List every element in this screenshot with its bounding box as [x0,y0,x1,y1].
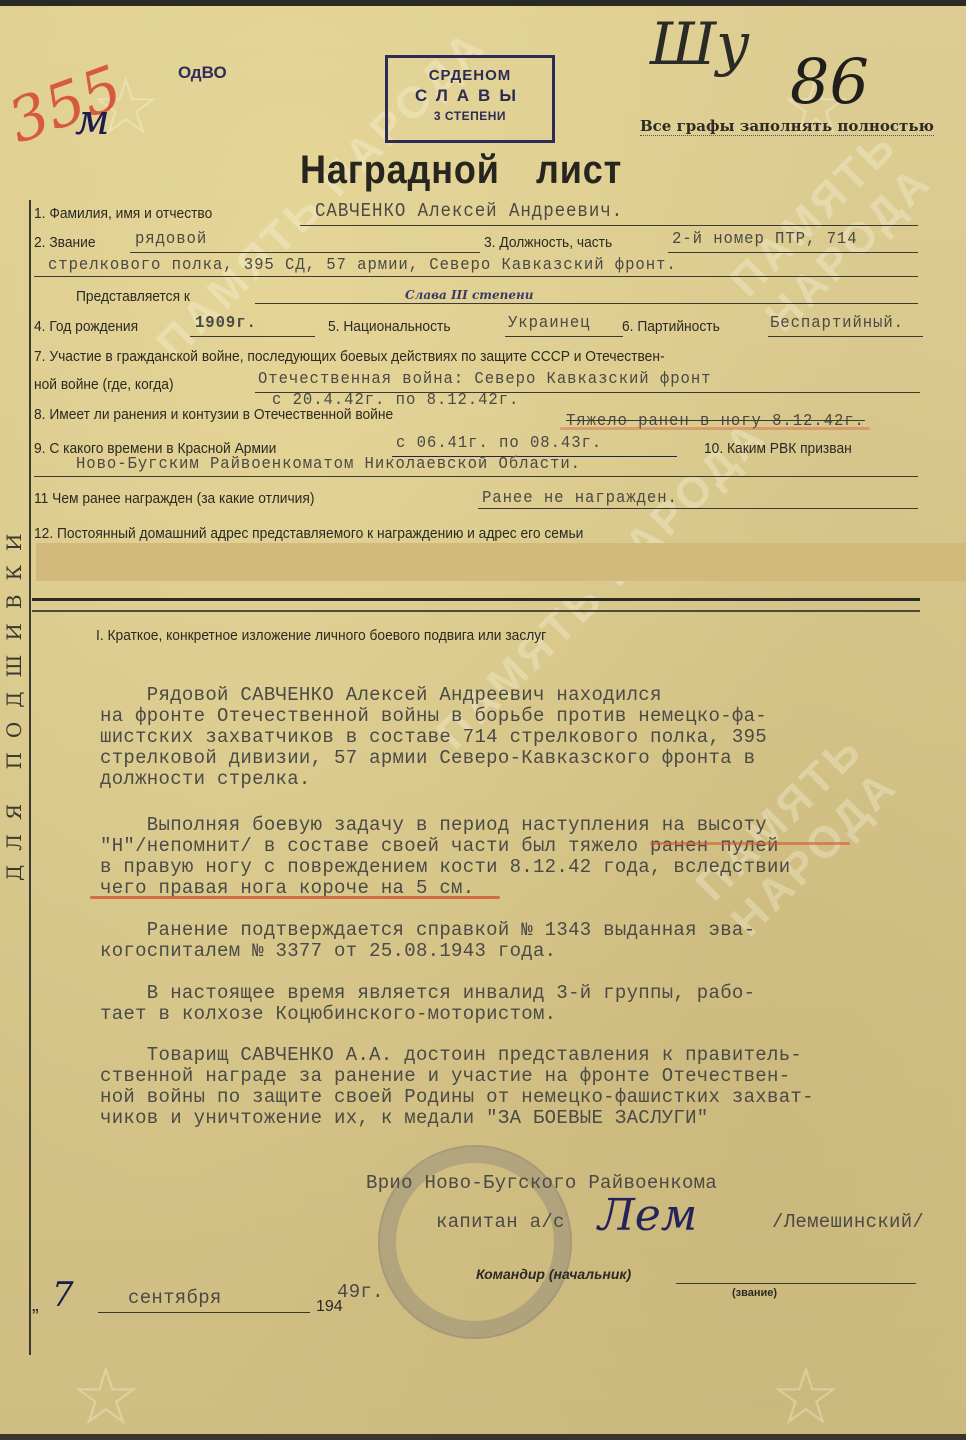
field-11-line [478,508,918,509]
field-4-line [190,336,315,337]
field-5-value: Украинец [508,314,590,333]
date-open-quote: „ [32,1294,39,1317]
handwritten-signature: Лем [598,1190,697,1241]
stamp-line-2: СЛАВЫ [388,86,552,106]
signer-name: /Лемешинский/ [772,1212,966,1233]
field-1-value: САВЧЕНКО Алексей Андреевич. [315,200,623,222]
narrative-paragraph-4: В настоящее время является инвалид 3-й г… [100,983,930,1025]
presented-award-stamp: Слава III степени [405,288,533,302]
narrative-paragraph-2: Выполняя боевую задачу в период наступле… [100,815,930,899]
binding-margin-label: ДЛЯ ПОДШИВКИ [2,505,28,895]
field-10-label: 10. Каким РВК призван [704,440,852,457]
scan-top-edge [0,0,966,6]
field-3-line-2 [34,276,918,277]
field-8-label: 8. Имеет ли ранения и контузии в Отечест… [34,406,393,423]
red-underline-mark [650,842,850,845]
field-4-label: 4. Год рождения [34,318,138,335]
field-3-value-cont: стрелкового полка, 395 СД, 57 армии, Сев… [48,256,677,275]
date-line [98,1312,310,1313]
field-3-label: 3. Должность, часть [484,234,612,251]
section-1-heading: I. Краткое, конкретное изложение личного… [96,627,546,644]
handwritten-initials: Шу [650,10,750,78]
field-3-value: 2-й номер ПТР, 714 [672,230,858,249]
field-7-value: Отечественная война: Северо Кавказский ф… [258,370,711,389]
binding-margin-line [29,200,31,1355]
stamp-line-3: 3 СТЕПЕНИ [388,109,552,123]
presented-line [255,303,918,304]
field-6-line [768,336,923,337]
section-divider [32,598,920,601]
narrative-paragraph-3: Ранение подтверждается справкой № 1343 в… [100,920,930,962]
stamp-line-1: СРДЕНОМ [388,67,552,84]
field-10-line [34,476,918,477]
field-3-line [668,252,918,253]
field-10-value: Ново-Бугским Райвоенкоматом Николаевской… [76,455,581,474]
field-7-label-cont: ной войне (где, когда) [34,376,174,393]
award-type-stamp: СРДЕНОМ СЛАВЫ 3 СТЕПЕНИ [385,55,555,143]
field-1-label: 1. Фамилия, имя и отчество [34,205,212,222]
red-highlight [560,427,870,430]
watermark-star-icon: ☆ [770,1350,842,1440]
date-day: 7 [52,1275,74,1315]
field-1-line [300,225,918,226]
narrative-paragraph-1: Рядовой САВЧЕНКО Алексей Андреевич наход… [100,685,930,790]
handwritten-mark: м [75,95,110,144]
redacted-address [36,543,966,581]
fill-instruction: Все графы заполнять полностью [640,117,934,136]
presented-label: Представляется к [76,288,190,305]
field-2-label: 2. Звание [34,234,96,251]
field-7-label: 7. Участие в гражданской войне, последую… [34,348,665,365]
field-2-value: рядовой [135,230,207,249]
commander-label: Командир (начальник) [476,1266,631,1282]
military-district: ОдВО [178,63,227,83]
page-title: Наградной лист [300,148,622,193]
field-9-value: с 06.41г. по 08.43г. [396,434,602,453]
narrative-paragraph-5: Товарищ САВЧЕНКО А.А. достоин представле… [100,1045,930,1129]
field-11-value: Ранее не награжден. [482,489,678,508]
section-divider-2 [32,610,920,612]
field-2-line [130,252,480,253]
watermark-star-icon: ☆ [70,1350,142,1440]
field-6-value: Беспартийный. [770,314,904,333]
field-5-line [505,336,623,337]
handwritten-number: 86 [790,45,869,118]
field-5-label: 5. Национальность [328,318,451,335]
field-12-label: 12. Постоянный домашний адрес представля… [34,525,583,542]
red-underline-mark [90,896,500,899]
field-6-label: 6. Партийность [622,318,720,335]
field-11-label: 11 Чем ранее награжден (за какие отличия… [34,490,314,507]
date-year-typed: 49г. [337,1282,966,1303]
field-4-value: 1909г. [195,314,257,333]
